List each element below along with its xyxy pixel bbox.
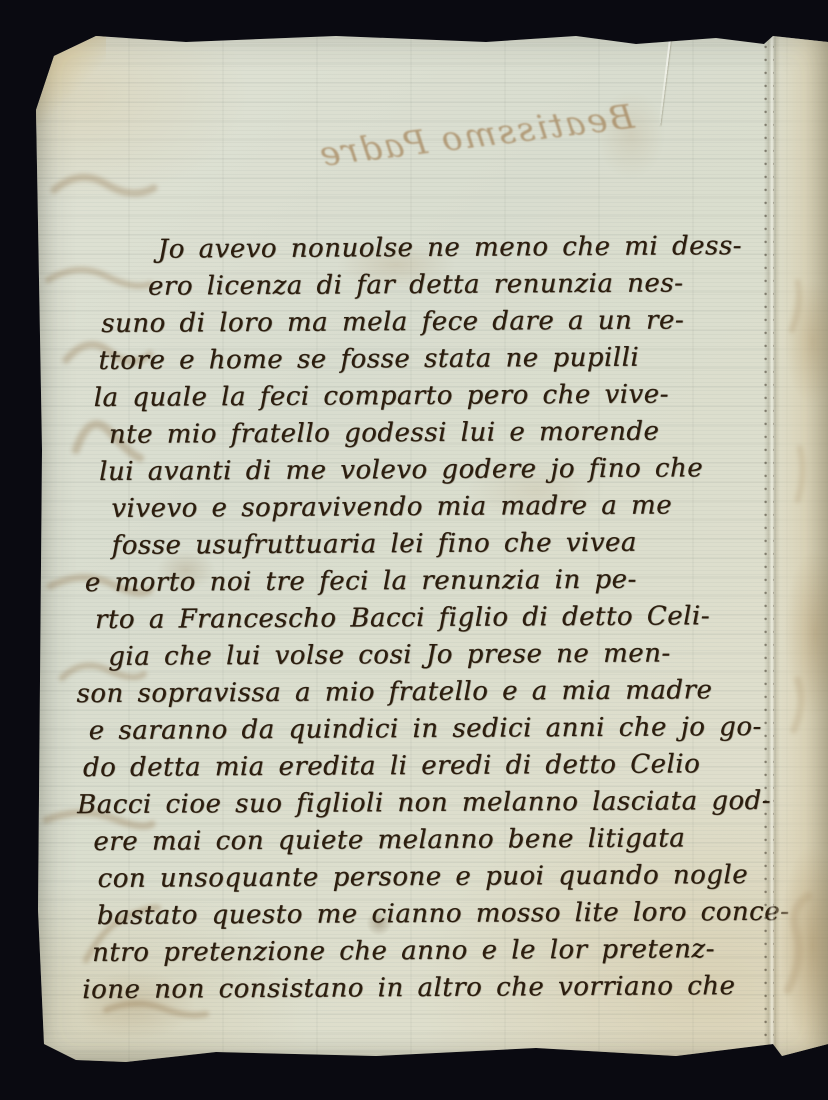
manuscript-line: fosse usufruttuaria lei fino che vivea xyxy=(111,524,775,565)
manuscript-line: ero licenza di far detta renunzia nes- xyxy=(148,265,774,306)
manuscript-line: son sopravissa a mio fratello e a mia ma… xyxy=(76,672,776,713)
manuscript-line: Jo avevo nonuolse ne meno che mi dess- xyxy=(158,228,774,269)
manuscript-line: e morto noi tre feci la renunzia in pe- xyxy=(85,561,776,602)
manuscript-text-block: Jo avevo nonuolse ne meno che mi dess- e… xyxy=(74,228,779,1009)
manuscript-line: e saranno da quindici in sedici anni che… xyxy=(89,709,777,750)
manuscript-line: bastato questo me cianno mosso lite loro… xyxy=(97,894,778,935)
manuscript-line: suno di loro ma mela fece dare a un re- xyxy=(101,302,774,343)
manuscript-line: con unsoquante persone e puoi quando nog… xyxy=(97,857,777,898)
folded-corner xyxy=(36,30,106,125)
manuscript-line: la quale la feci comparto pero che vive- xyxy=(94,376,775,417)
manuscript-line: gia che lui volse cosi Jo prese ne men- xyxy=(108,635,776,676)
manuscript-line: ntro pretenzione che anno e le lor prete… xyxy=(92,931,778,972)
manuscript-line: nte mio fratello godessi lui e morende xyxy=(109,413,775,454)
scan-background: Beatissmo Padre Jo avevo nonuolse ne men… xyxy=(0,0,828,1100)
manuscript-line: ttore e home se fosse stata ne pupilli xyxy=(98,339,774,380)
manuscript-line: Bacci cioe suo figlioli non melanno lasc… xyxy=(77,783,777,824)
manuscript-line: do detta mia eredita li eredi di detto C… xyxy=(83,746,777,787)
bleedthrough-header-text: Beatissmo Padre xyxy=(273,72,680,200)
paper-stain xyxy=(596,90,666,180)
manuscript-line: lui avanti di me volevo godere jo fino c… xyxy=(99,450,775,491)
manuscript-line: ere mai con quiete melanno bene litigata xyxy=(93,820,777,861)
manuscript-line: vivevo e sopravivendo mia madre a me xyxy=(111,487,775,528)
manuscript-page: Beatissmo Padre Jo avevo nonuolse ne men… xyxy=(36,30,828,1070)
manuscript-line: rto a Francescho Bacci figlio di detto C… xyxy=(95,598,776,639)
paper-tear xyxy=(658,34,671,126)
manuscript-line: ione non consistano in altro che vorrian… xyxy=(82,968,778,1009)
